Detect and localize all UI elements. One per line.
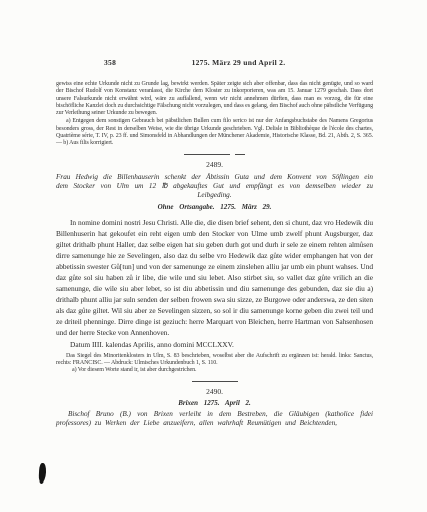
entry-2490-summary: Bischof Bruno (B.) von Brixen verleiht i… [56, 410, 373, 429]
entry-2490-dateline: Brixen 1275. April 2. [56, 399, 373, 407]
entry-2489-charter-text: In nomine domini nostri Jesu Christi. Al… [56, 217, 373, 338]
entry-number-2489: 2489. [56, 160, 373, 169]
entry-2489-seal-note: Das Siegel des Minoritenklosters in Ulm,… [56, 353, 373, 368]
entry-number-2490: 2490. [56, 387, 373, 396]
top-footnote: a) Entgegen dem sonstigen Gebrauch bei p… [56, 118, 373, 147]
continuation-paragraph: gewiss eine echte Urkunde nicht zu Grund… [56, 81, 373, 117]
entry-2489-footnote: a) Vor diesem Worte stand ir, ist aber d… [56, 367, 373, 374]
page-header: 358 1275. März 29 und April 2. [56, 58, 373, 68]
section-divider [56, 381, 373, 382]
entry-2489-summary: Frau Hedwig die Billenhauserin schenkt d… [56, 173, 373, 200]
text-block: 358 1275. März 29 und April 2. gewiss ei… [56, 58, 373, 429]
page-number: 358 [104, 58, 116, 67]
section-divider [56, 154, 373, 155]
entry-2489-dateline: Ohne Ortsangabe. 1275. März 29. [56, 203, 373, 211]
divider-line [184, 154, 230, 155]
scanned-book-page: 358 1275. März 29 und April 2. gewiss ei… [0, 0, 427, 512]
entry-2489-datum-line: Datum IIII. kalendas Aprilis, anno domin… [56, 340, 373, 349]
divider-line [192, 381, 238, 382]
divider-line-short [235, 154, 245, 155]
ink-blot-artifact [39, 463, 47, 482]
